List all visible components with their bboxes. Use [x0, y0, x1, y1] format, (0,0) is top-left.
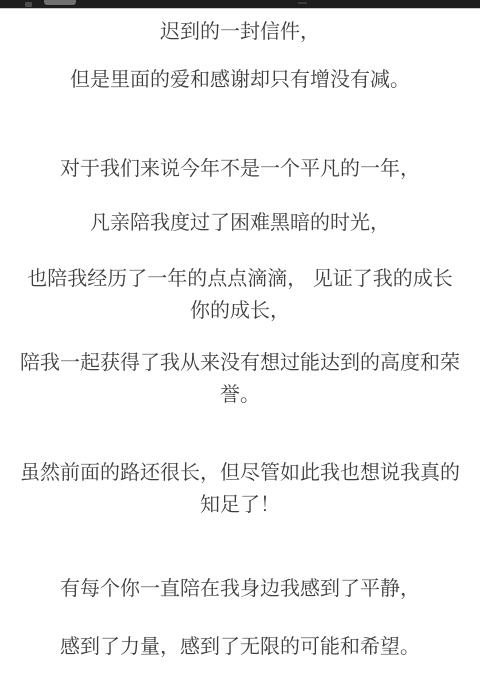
- letter-paragraph: 虽然前面的路还很长，但尽管如此我也想说我真的 知足了！: [0, 457, 480, 521]
- letter-line: 迟到的一封信件，: [0, 16, 480, 48]
- letter-line: 陪我一起获得了我从来没有想过能达到的高度和荣: [0, 347, 480, 379]
- letter-paragraph: 迟到的一封信件，: [0, 16, 480, 48]
- letter-paragraph: 感到了力量，感到了无限的可能和希望。: [0, 631, 480, 663]
- letter-line: 誉。: [0, 379, 480, 411]
- toolbar-mark-remnant: [298, 2, 307, 4]
- letter-line: 你的成长，: [0, 295, 480, 327]
- letter-line: 对于我们来说今年不是一个平凡的一年，: [0, 153, 480, 185]
- toolbar-icon-remnant: [25, 2, 32, 7]
- letter-line: 也陪我经历了一年的点点滴滴， 见证了我的成长: [0, 263, 480, 295]
- letter-line: 有每个你一直陪在我身边我感到了平静，: [0, 573, 480, 605]
- letter-line: 知足了！: [0, 489, 480, 521]
- letter-line: 凡亲陪我度过了困难黑暗的时光，: [0, 207, 480, 239]
- letter-line: 感到了力量，感到了无限的可能和希望。: [0, 631, 480, 663]
- letter-line: 但是里面的爱和感谢却只有增没有减。: [0, 64, 480, 96]
- letter-paragraph: 凡亲陪我度过了困难黑暗的时光，: [0, 207, 480, 239]
- letter-paragraph: 也陪我经历了一年的点点滴滴， 见证了我的成长 你的成长，: [0, 263, 480, 327]
- letter-paragraph: 但是里面的爱和感谢却只有增没有减。: [0, 64, 480, 96]
- toolbar-button-remnant: [44, 0, 76, 5]
- letter-line: 虽然前面的路还很长，但尽管如此我也想说我真的: [0, 457, 480, 489]
- clipped-top-toolbar: [0, 0, 480, 9]
- letter-paragraph: 陪我一起获得了我从来没有想过能达到的高度和荣 誉。: [0, 347, 480, 411]
- letter-text: 迟到的一封信件， 但是里面的爱和感谢却只有增没有减。 对于我们来说今年不是一个平…: [0, 9, 480, 663]
- letter-paragraph: 对于我们来说今年不是一个平凡的一年，: [0, 153, 480, 185]
- letter-paragraph: 有每个你一直陪在我身边我感到了平静，: [0, 573, 480, 605]
